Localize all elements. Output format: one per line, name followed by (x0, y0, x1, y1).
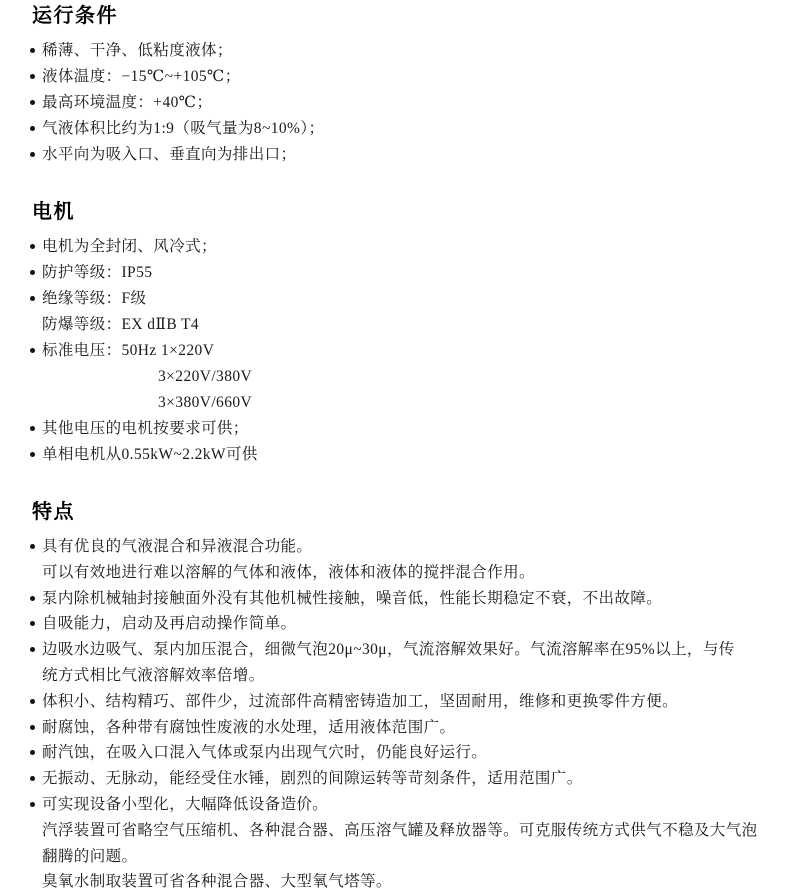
bullet-dot (30, 596, 35, 601)
item-line: 单相电机从0.55kW~2.2kW可供 (42, 442, 774, 468)
bullet-dot (30, 621, 35, 626)
item-line: 可实现设备小型化，大幅降低设备造价。 (42, 792, 774, 818)
bullet-dot (30, 802, 35, 807)
item-line: 无振动、无脉动，能经受住水锤，剧烈的间隙运转等苛刻条件，适用范围广。 (42, 766, 774, 792)
item-line: 气液体积比约为1:9（吸气量为8~10%）； (42, 116, 774, 142)
bullet-dot (30, 296, 35, 301)
list-item: 标准电压：50Hz 1×220V 3×220V/380V 3×380V/660V (42, 338, 774, 416)
item-line: 防爆等级：EX dⅡB T4 (42, 312, 774, 338)
list-item: 耐汽蚀，在吸入口混入气体或泵内出现气穴时，仍能良好运行。 (42, 740, 774, 766)
section-heading-motor: 电机 (32, 199, 774, 225)
bullet-dot (30, 244, 35, 249)
item-line: 自吸能力，启动及再启动操作简单。 (42, 611, 774, 637)
list-item: 最高环境温度：+40℃； (42, 90, 774, 116)
bullet-dot (30, 152, 35, 157)
item-line: 水平向为吸入口、垂直向为排出口； (42, 142, 774, 168)
item-line: 液体温度：−15℃~+105℃； (42, 64, 774, 90)
list-item: 其他电压的电机按要求可供； (42, 416, 774, 442)
document-page: 运行条件 稀薄、干净、低粘度液体； 液体温度：−15℃~+105℃； 最高环境温… (0, 0, 800, 894)
bullet-dot (30, 126, 35, 131)
item-line: 泵内除机械轴封接触面外没有其他机械性接触，噪音低，性能长期稳定不衰，不出故障。 (42, 586, 774, 612)
item-line: 防护等级：IP55 (42, 260, 774, 286)
item-line: 3×220V/380V (42, 364, 774, 390)
item-line: 翻腾的问题。 (42, 844, 774, 870)
bullet-dot (30, 750, 35, 755)
list-item: 自吸能力，启动及再启动操作简单。 (42, 611, 774, 637)
bullet-dot (30, 699, 35, 704)
item-line: 稀薄、干净、低粘度液体； (42, 38, 774, 64)
item-line: 具有优良的气液混合和异液混合功能。 (42, 534, 774, 560)
item-line: 耐腐蚀，各种带有腐蚀性废液的水处理，适用液体范围广。 (42, 715, 774, 741)
bullet-dot (30, 426, 35, 431)
bullet-dot (30, 452, 35, 457)
section-operating-conditions: 运行条件 稀薄、干净、低粘度液体； 液体温度：−15℃~+105℃； 最高环境温… (42, 3, 774, 168)
item-line: 边吸水边吸气、泵内加压混合，细微气泡20μ~30μ，气流溶解效果好。气流溶解率在… (42, 637, 774, 663)
list-item: 电机为全封闭、风冷式； (42, 234, 774, 260)
list-item: 体积小、结构精巧、部件少，过流部件高精密铸造加工，坚固耐用，维修和更换零件方便。 (42, 689, 774, 715)
list-item: 液体温度：−15℃~+105℃； (42, 64, 774, 90)
list-item: 可实现设备小型化，大幅降低设备造价。 汽浮装置可省略空气压缩机、各种混合器、高压… (42, 792, 774, 894)
item-line: 电机为全封闭、风冷式； (42, 234, 774, 260)
section-heading-operating-conditions: 运行条件 (32, 3, 774, 29)
section-features: 特点 具有优良的气液混合和异液混合功能。 可以有效地进行难以溶解的气体和液体，液… (42, 499, 774, 894)
bullet-dot (30, 100, 35, 105)
item-line: 其他电压的电机按要求可供； (42, 416, 774, 442)
item-line: 汽浮装置可省略空气压缩机、各种混合器、高压溶气罐及释放器等。可克服传统方式供气不… (42, 818, 774, 844)
list-item: 耐腐蚀，各种带有腐蚀性废液的水处理，适用液体范围广。 (42, 715, 774, 741)
bullet-dot (30, 348, 35, 353)
bullet-dot (30, 725, 35, 730)
list-item: 具有优良的气液混合和异液混合功能。 可以有效地进行难以溶解的气体和液体，液体和液… (42, 534, 774, 586)
section-heading-features: 特点 (32, 499, 774, 525)
list-item: 单相电机从0.55kW~2.2kW可供 (42, 442, 774, 468)
list-item: 泵内除机械轴封接触面外没有其他机械性接触，噪音低，性能长期稳定不衰，不出故障。 (42, 586, 774, 612)
bullet-dot (30, 48, 35, 53)
item-line: 最高环境温度：+40℃； (42, 90, 774, 116)
list-item: 防护等级：IP55 (42, 260, 774, 286)
item-line: 耐汽蚀，在吸入口混入气体或泵内出现气穴时，仍能良好运行。 (42, 740, 774, 766)
section-motor: 电机 电机为全封闭、风冷式； 防护等级：IP55 绝缘等级：F级 防爆等级：EX… (42, 199, 774, 468)
item-line: 绝缘等级：F级 (42, 286, 774, 312)
item-line: 可以有效地进行难以溶解的气体和液体，液体和液体的搅拌混合作用。 (42, 560, 774, 586)
item-line: 3×380V/660V (42, 390, 774, 416)
item-line: 体积小、结构精巧、部件少，过流部件高精密铸造加工，坚固耐用，维修和更换零件方便。 (42, 689, 774, 715)
list-item: 无振动、无脉动，能经受住水锤，剧烈的间隙运转等苛刻条件，适用范围广。 (42, 766, 774, 792)
bullet-dot (30, 74, 35, 79)
list-item: 气液体积比约为1:9（吸气量为8~10%）； (42, 116, 774, 142)
bullet-dot (30, 647, 35, 652)
bullet-dot (30, 776, 35, 781)
list-item: 稀薄、干净、低粘度液体； (42, 38, 774, 64)
bullet-dot (30, 544, 35, 549)
list-item: 边吸水边吸气、泵内加压混合，细微气泡20μ~30μ，气流溶解效果好。气流溶解率在… (42, 637, 774, 689)
list-item: 水平向为吸入口、垂直向为排出口； (42, 142, 774, 168)
list-item: 绝缘等级：F级 防爆等级：EX dⅡB T4 (42, 286, 774, 338)
item-line: 臭氧水制取装置可省各种混合器、大型氧气塔等。 (42, 869, 774, 894)
item-line: 标准电压：50Hz 1×220V (42, 338, 774, 364)
bullet-dot (30, 270, 35, 275)
item-line: 统方式相比气液溶解效率倍增。 (42, 663, 774, 689)
